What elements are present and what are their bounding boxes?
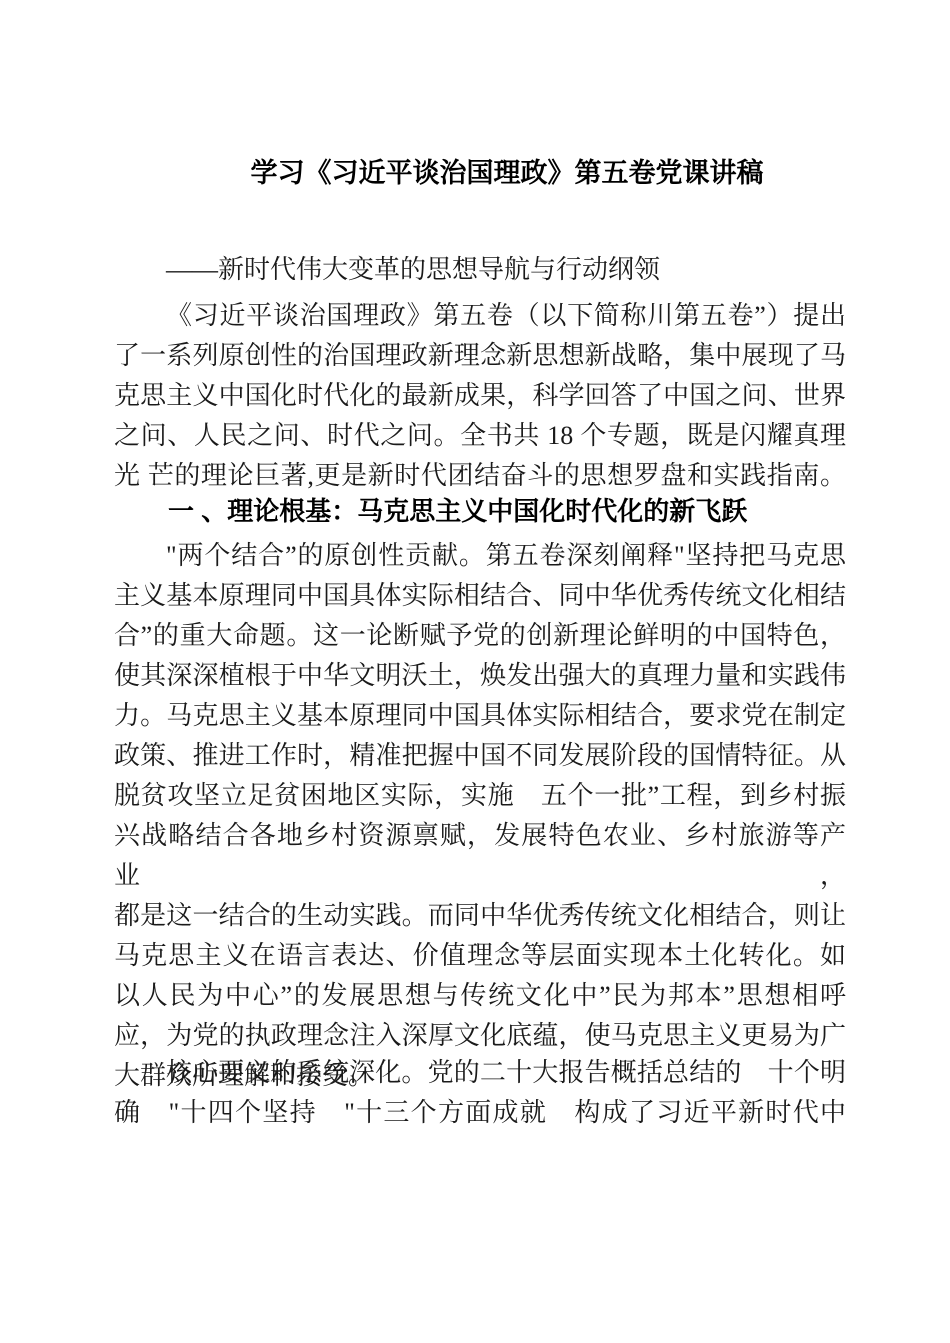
document-subtitle: ——新时代伟大变革的思想导航与行动纲领 (114, 250, 846, 290)
text-line: 政策、推进工作时，精准把握中国不同发展阶段的国情特征。从 (114, 736, 846, 776)
text-line: 力。马克思主义基本原理同中国具体实际相结合，要求党在制定 (114, 696, 846, 736)
text-line: 确 "十四个坚持 "十三个方面成就 构成了习近平新时代中 (114, 1093, 846, 1133)
paragraph-core-essence: 核心要义的系统深化。党的二十大报告概括总结的 十个明确 "十四个坚持 "十三个方… (114, 1053, 846, 1133)
text-line: 都是这一结合的生动实践。而同中华优秀传统文化相结合，则让 (114, 896, 846, 936)
text-line: 应，为党的执政理念注入深厚文化底蕴，使马克思主义更易为广 (114, 1016, 846, 1056)
text-line: 主义基本原理同中国具体实际相结合、同中华优秀传统文化相结 (114, 576, 846, 616)
paragraph-two-combinations: "两个结合”的原创性贡献。第五卷深刻阐释"坚持把马克思主义基本原理同中国具体实际… (114, 536, 846, 1096)
text-line: 了一系列原创性的治国理政新理念新思想新战略，集中展现了马 (114, 336, 846, 376)
text-line: 脱贫攻坚立足贫困地区实际，实施 五个一批”工程，到乡村振 (114, 776, 846, 816)
text-line: "两个结合”的原创性贡献。第五卷深刻阐释"坚持把马克思 (114, 536, 846, 576)
document-title: 学习《习近平谈治国理政》第五卷党课讲稿 (114, 153, 846, 193)
text-line: 以人民为中心”的发展思想与传统文化中”民为邦本”思想相呼 (114, 976, 846, 1016)
text-line: 核心要义的系统深化。党的二十大报告概括总结的 十个明 (114, 1053, 846, 1093)
text-line: 克思主义中国化时代化的最新成果，科学回答了中国之问、世界 (114, 376, 846, 416)
text-line: 兴战略结合各地乡村资源禀赋，发展特色农业、乡村旅游等产业， (114, 816, 846, 896)
text-line: 《习近平谈治国理政》第五卷（以下简称川第五卷”）提出 (114, 296, 846, 336)
section-heading-1: 一 、理论根基：马克思主义中国化时代化的新飞跃 (114, 491, 846, 531)
text-line: 马克思主义在语言表达、价值理念等层面实现本土化转化。如 (114, 936, 846, 976)
text-line: 使其深深植根于中华文明沃土，焕发出强大的真理力量和实践伟 (114, 656, 846, 696)
paragraph-intro: 《习近平谈治国理政》第五卷（以下简称川第五卷”）提出了一系列原创性的治国理政新理… (114, 296, 846, 496)
document-page: 学习《习近平谈治国理政》第五卷党课讲稿 ——新时代伟大变革的思想导航与行动纲领 … (0, 0, 950, 1343)
text-line: 合”的重大命题。这一论断赋予党的创新理论鲜明的中国特色， (114, 616, 846, 656)
text-line: 之问、人民之问、时代之问。全书共 18 个专题，既是闪耀真理 (114, 416, 846, 456)
text-line: 光 芒的理论巨著,更是新时代团结奋斗的思想罗盘和实践指南。 (114, 456, 846, 496)
